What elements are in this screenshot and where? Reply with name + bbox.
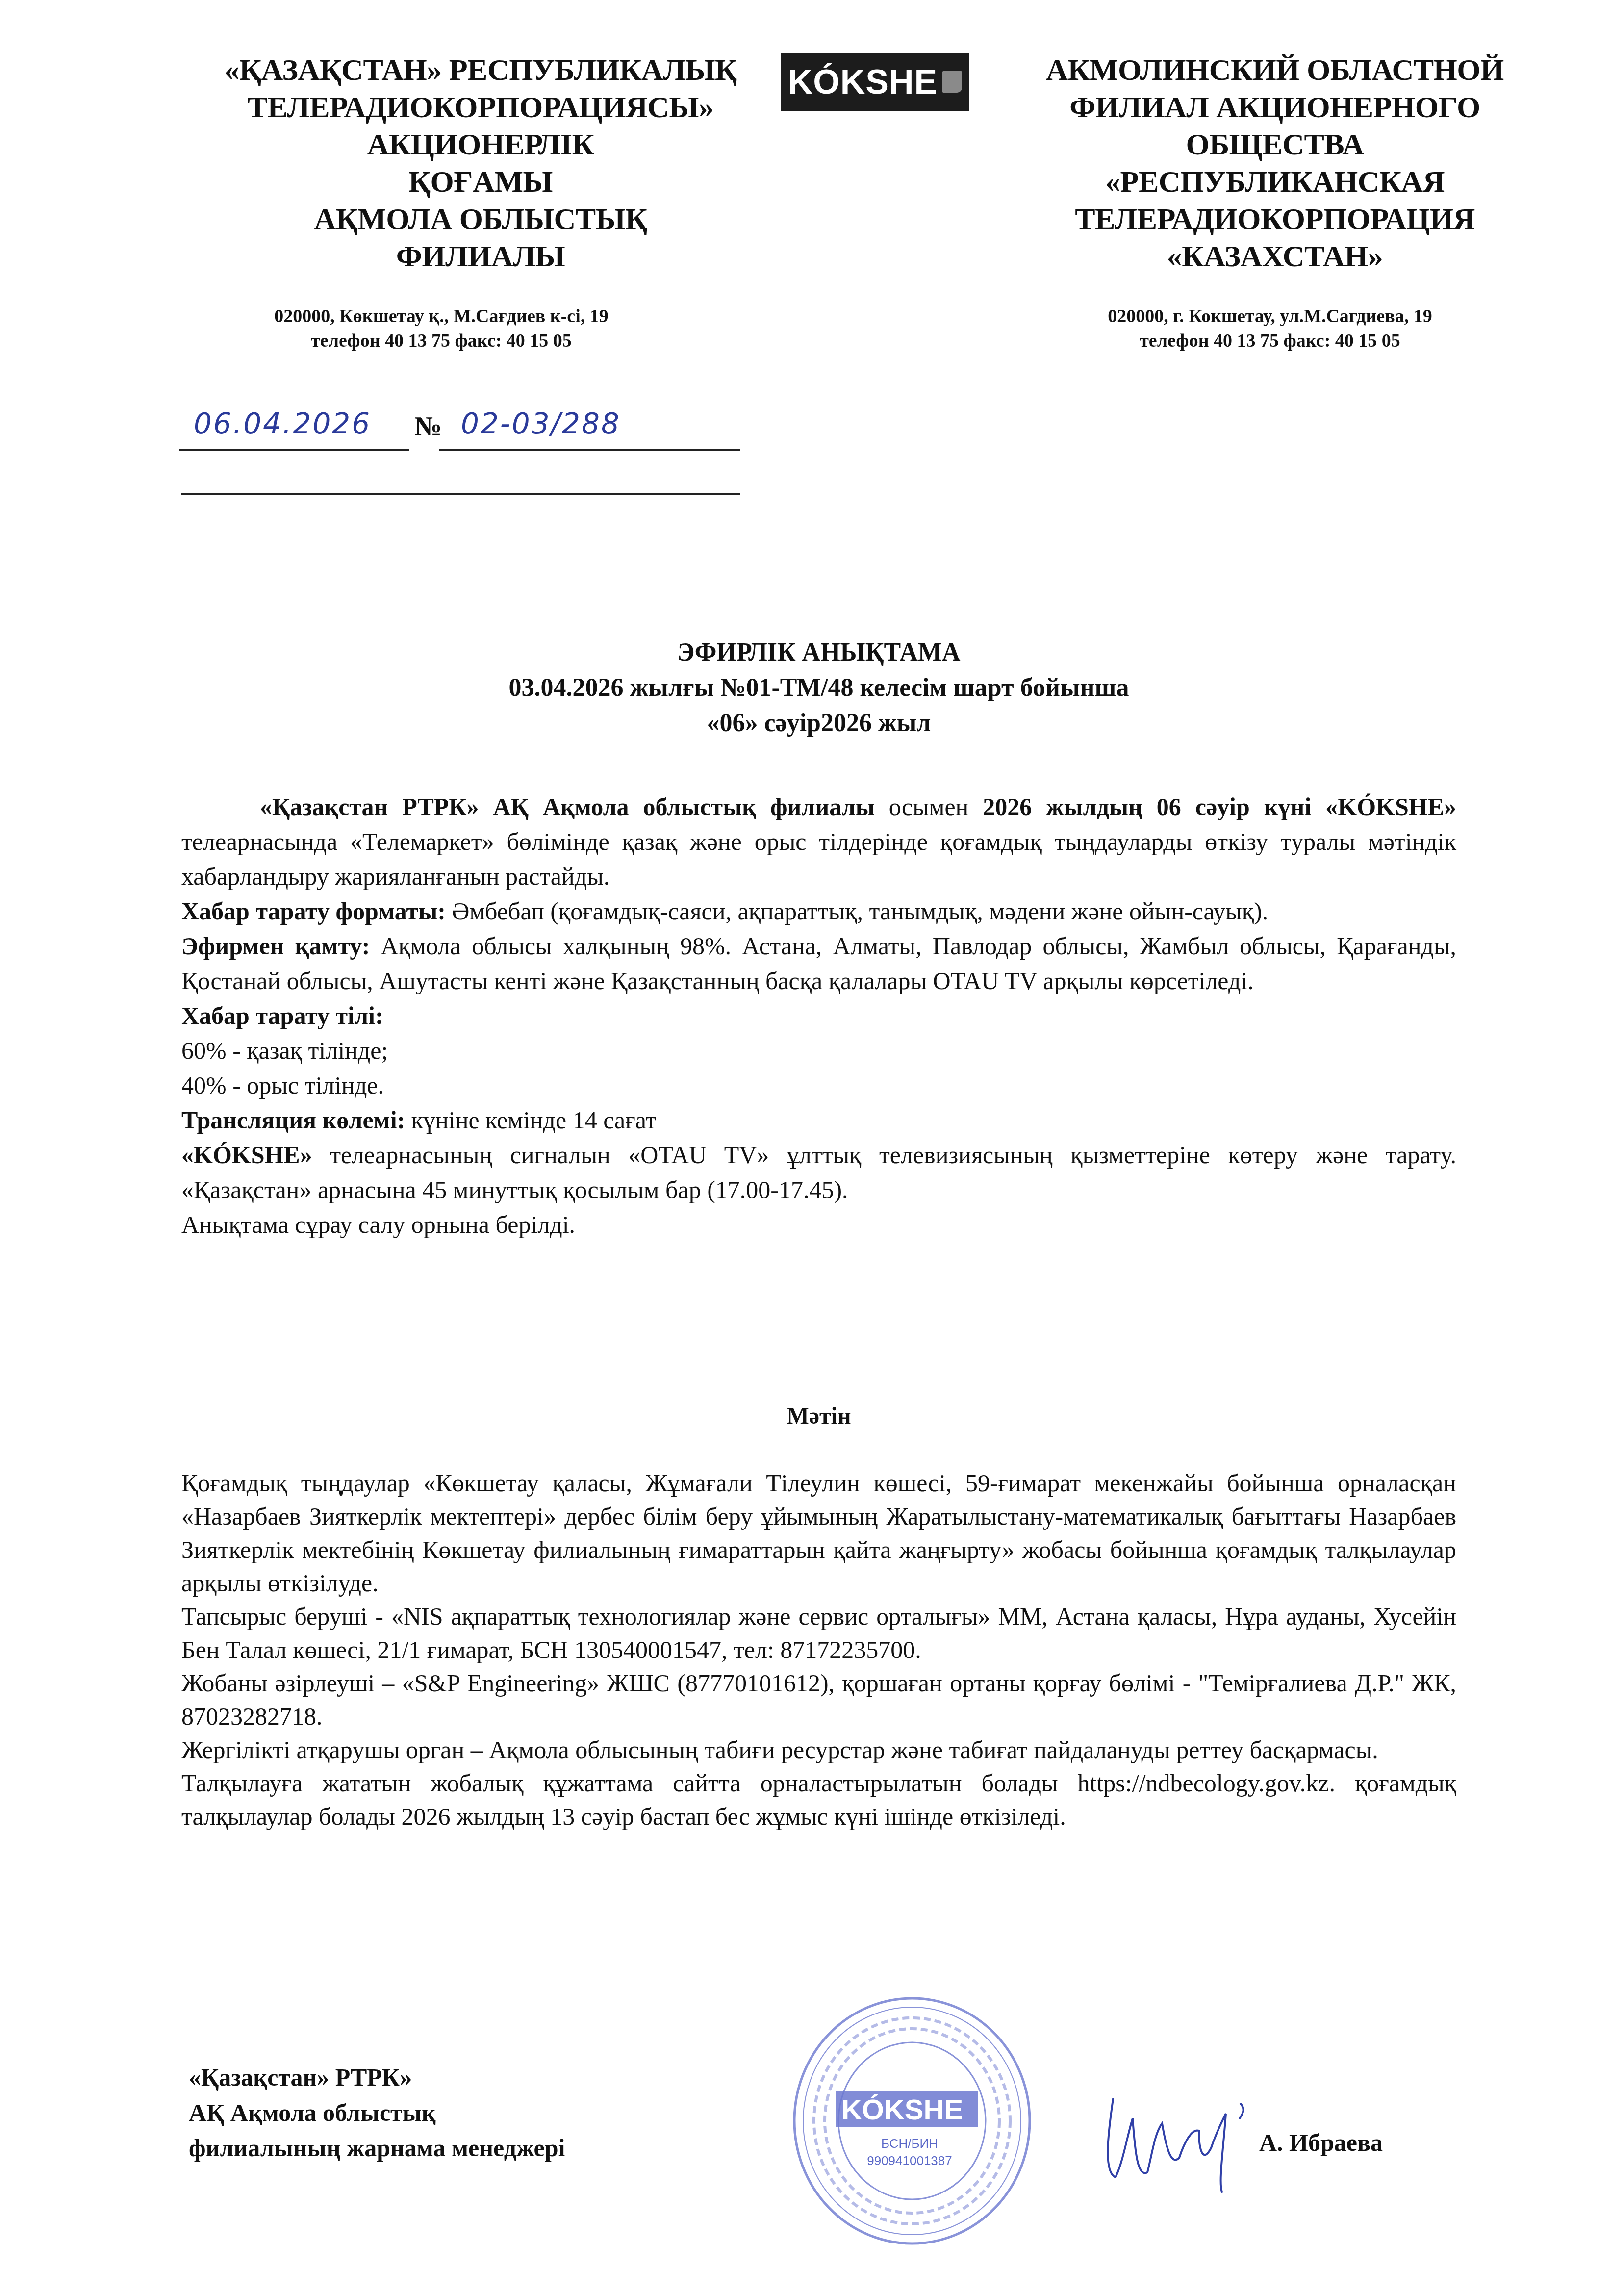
intro-org: «Қазақстан РТРК» АҚ Ақмола облыстық фили… — [260, 793, 875, 820]
intro-text: телеарнасында «Телемаркет» бөлімінде қаз… — [181, 828, 1456, 890]
issued-note: Анықтама сұрау салу орнына берілді. — [181, 1207, 1456, 1242]
logo-text: KÓKSHE — [788, 62, 938, 102]
intro-text: осымен — [875, 793, 983, 820]
official-stamp-icon: KÓKSHE БСН/БИН 990941001387 — [785, 1991, 1040, 2251]
stamp-bin-label: БСН/БИН — [881, 2136, 938, 2151]
coverage-value: Ақмола облысы халқының 98%. Астана, Алма… — [181, 932, 1456, 994]
org-line: ФИЛИАЛ АКЦИОНЕРНОГО — [1000, 89, 1549, 126]
phone-fax: телефон 40 13 75 факс: 40 15 05 — [196, 329, 686, 353]
handwritten-signature-icon — [1093, 2079, 1260, 2197]
org-line: ТЕЛЕРАДИОКОРПОРАЦИЯСЫ» — [177, 89, 785, 126]
letterhead-left-address: 020000, Көкшетау қ., М.Сағдиев к-сі, 19 … — [196, 304, 686, 353]
letterhead-right-org: АКМОЛИНСКИЙ ОБЛАСТНОЙ ФИЛИАЛ АКЦИОНЕРНОГ… — [1000, 51, 1549, 275]
title-line: ЭФИРЛІК АНЫҚТАМА — [181, 635, 1456, 670]
logo-mark-icon — [942, 71, 962, 93]
org-line: ҚОҒАМЫ — [177, 163, 785, 201]
format-paragraph: Хабар тарату форматы: Әмбебап (қоғамдық-… — [181, 894, 1456, 929]
blank-line — [181, 493, 740, 495]
language-ru: 40% - орыс тілінде. — [181, 1068, 1456, 1103]
signal-paragraph: «KÓKSHE» телеарнасының сигналын «OTAU TV… — [181, 1138, 1456, 1207]
language-label: Хабар тарату тілі: — [181, 998, 1456, 1033]
signatory-line: АҚ Ақмола облыстық — [189, 2095, 565, 2130]
org-line: «РЕСПУБЛИКАНСКАЯ — [1000, 163, 1549, 201]
org-line: «КАЗАХСТАН» — [1000, 238, 1549, 275]
title-line: «06» сәуір2026 жыл — [181, 706, 1456, 741]
language-kz: 60% - қазақ тілінде; — [181, 1033, 1456, 1068]
date-underline — [179, 449, 409, 451]
format-label: Хабар тарату форматы: — [181, 897, 446, 925]
org-line: ТЕЛЕРАДИОКОРПОРАЦИЯ — [1000, 201, 1549, 238]
org-line: АКМОЛИНСКИЙ ОБЛАСТНОЙ — [1000, 51, 1549, 89]
signatory-line: филиалының жарнама менеджері — [189, 2130, 565, 2166]
text-heading: Мәтін — [181, 1402, 1456, 1429]
intro-paragraph: «Қазақстан РТРК» АҚ Ақмола облыстық фили… — [181, 790, 1456, 894]
registration-line: 06.04.2026 № 02-03/288 — [179, 407, 743, 466]
volume-paragraph: Трансляция көлемі: күніне кемінде 14 сағ… — [181, 1103, 1456, 1138]
org-line: ОБЩЕСТВА — [1000, 126, 1549, 163]
org-line: ФИЛИАЛЫ — [177, 238, 785, 275]
address: 020000, Көкшетау қ., М.Сағдиев к-сі, 19 — [196, 304, 686, 329]
signatory-line: «Қазақстан» РТРК» — [189, 2060, 565, 2095]
volume-value: күніне кемінде 14 сағат — [405, 1106, 656, 1134]
intro-date: 2026 жылдың 06 сәуір күні «KÓKSHE» — [983, 793, 1456, 820]
volume-label: Трансляция көлемі: — [181, 1106, 405, 1134]
phone-fax: телефон 40 13 75 факс: 40 15 05 — [1010, 329, 1530, 353]
channel-name: «KÓKSHE» — [181, 1141, 312, 1169]
kokshe-logo: KÓKSHE — [781, 53, 969, 111]
stamp-bin: 990941001387 — [867, 2153, 952, 2168]
document-title: ЭФИРЛІК АНЫҚТАМА 03.04.2026 жылғы №01-ТМ… — [181, 635, 1456, 741]
signatory-name: А. Ибраева — [1259, 2128, 1383, 2157]
title-line: 03.04.2026 жылғы №01-ТМ/48 келесім шарт … — [181, 670, 1456, 706]
stamp-logo: KÓKSHE — [841, 2094, 963, 2126]
announcement-paragraph: Тапсырыс беруші - «NIS ақпараттық технол… — [181, 1600, 1456, 1666]
org-line: «ҚАЗАҚСТАН» РЕСПУБЛИКАЛЫҚ — [177, 51, 785, 89]
number-sign: № — [414, 411, 442, 442]
letterhead-left-org: «ҚАЗАҚСТАН» РЕСПУБЛИКАЛЫҚ ТЕЛЕРАДИОКОРПО… — [177, 51, 785, 275]
coverage-label: Эфирмен қамту: — [181, 932, 370, 960]
certificate-body: «Қазақстан РТРК» АҚ Ақмола облыстық фили… — [181, 790, 1456, 1242]
announcement-text: Қоғамдық тыңдаулар «Көкшетау қаласы, Жұм… — [181, 1466, 1456, 1833]
coverage-paragraph: Эфирмен қамту: Ақмола облысы халқының 98… — [181, 929, 1456, 998]
announcement-paragraph: Қоғамдық тыңдаулар «Көкшетау қаласы, Жұм… — [181, 1466, 1456, 1600]
org-line: АҚМОЛА ОБЛЫСТЫҚ — [177, 201, 785, 238]
announcement-paragraph: Жобаны әзірлеуші – «S&P Engineering» ЖШС… — [181, 1666, 1456, 1733]
org-line: АКЦИОНЕРЛІК — [177, 126, 785, 163]
letterhead-right-address: 020000, г. Кокшетау, ул.М.Сагдиева, 19 т… — [1010, 304, 1530, 353]
registration-number: 02-03/288 — [461, 407, 621, 440]
address: 020000, г. Кокшетау, ул.М.Сагдиева, 19 — [1010, 304, 1530, 329]
signal-text: телеарнасының сигналын «OTAU TV» ұлттық … — [181, 1141, 1456, 1203]
format-value: Әмбебап (қоғамдық-саяси, ақпараттық, тан… — [446, 897, 1268, 925]
announcement-paragraph: Жергілікті атқарушы орган – Ақмола облыс… — [181, 1733, 1456, 1766]
registration-date: 06.04.2026 — [194, 407, 371, 440]
announcement-paragraph: Талқылауға жататын жобалық құжаттама сай… — [181, 1766, 1456, 1833]
signatory-title: «Қазақстан» РТРК» АҚ Ақмола облыстық фил… — [189, 2060, 565, 2166]
number-underline — [439, 449, 740, 451]
